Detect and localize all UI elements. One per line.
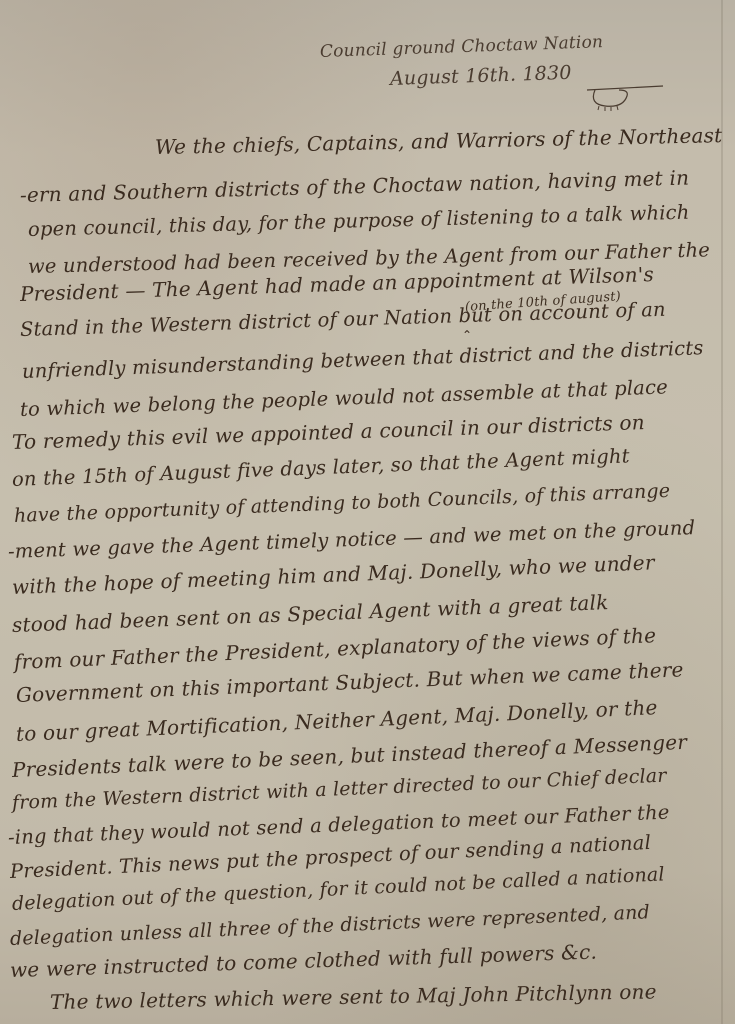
letter-line-3: open council, this day, for the purpose … xyxy=(28,201,690,241)
letter-heading-place: Council ground Choctaw Nation xyxy=(320,32,604,62)
letter-line-6: Stand in the Western district of our Nat… xyxy=(20,298,666,341)
letter-heading-date: August 16th. 1830 xyxy=(390,62,572,90)
date-flourish-icon xyxy=(585,82,665,112)
letter-line-1: We the chiefs, Captains, and Warriors of… xyxy=(155,123,723,159)
letter-line-2: -ern and Southern districts of the Choct… xyxy=(20,165,690,207)
letter-line-25: The two letters which were sent to Maj J… xyxy=(50,979,657,1014)
letter-line-7: unfriendly misunderstanding between that… xyxy=(22,336,704,383)
insertion-caret-icon: ⌃ xyxy=(462,328,472,342)
letter-page: Council ground Choctaw Nation August 16t… xyxy=(0,0,735,1024)
